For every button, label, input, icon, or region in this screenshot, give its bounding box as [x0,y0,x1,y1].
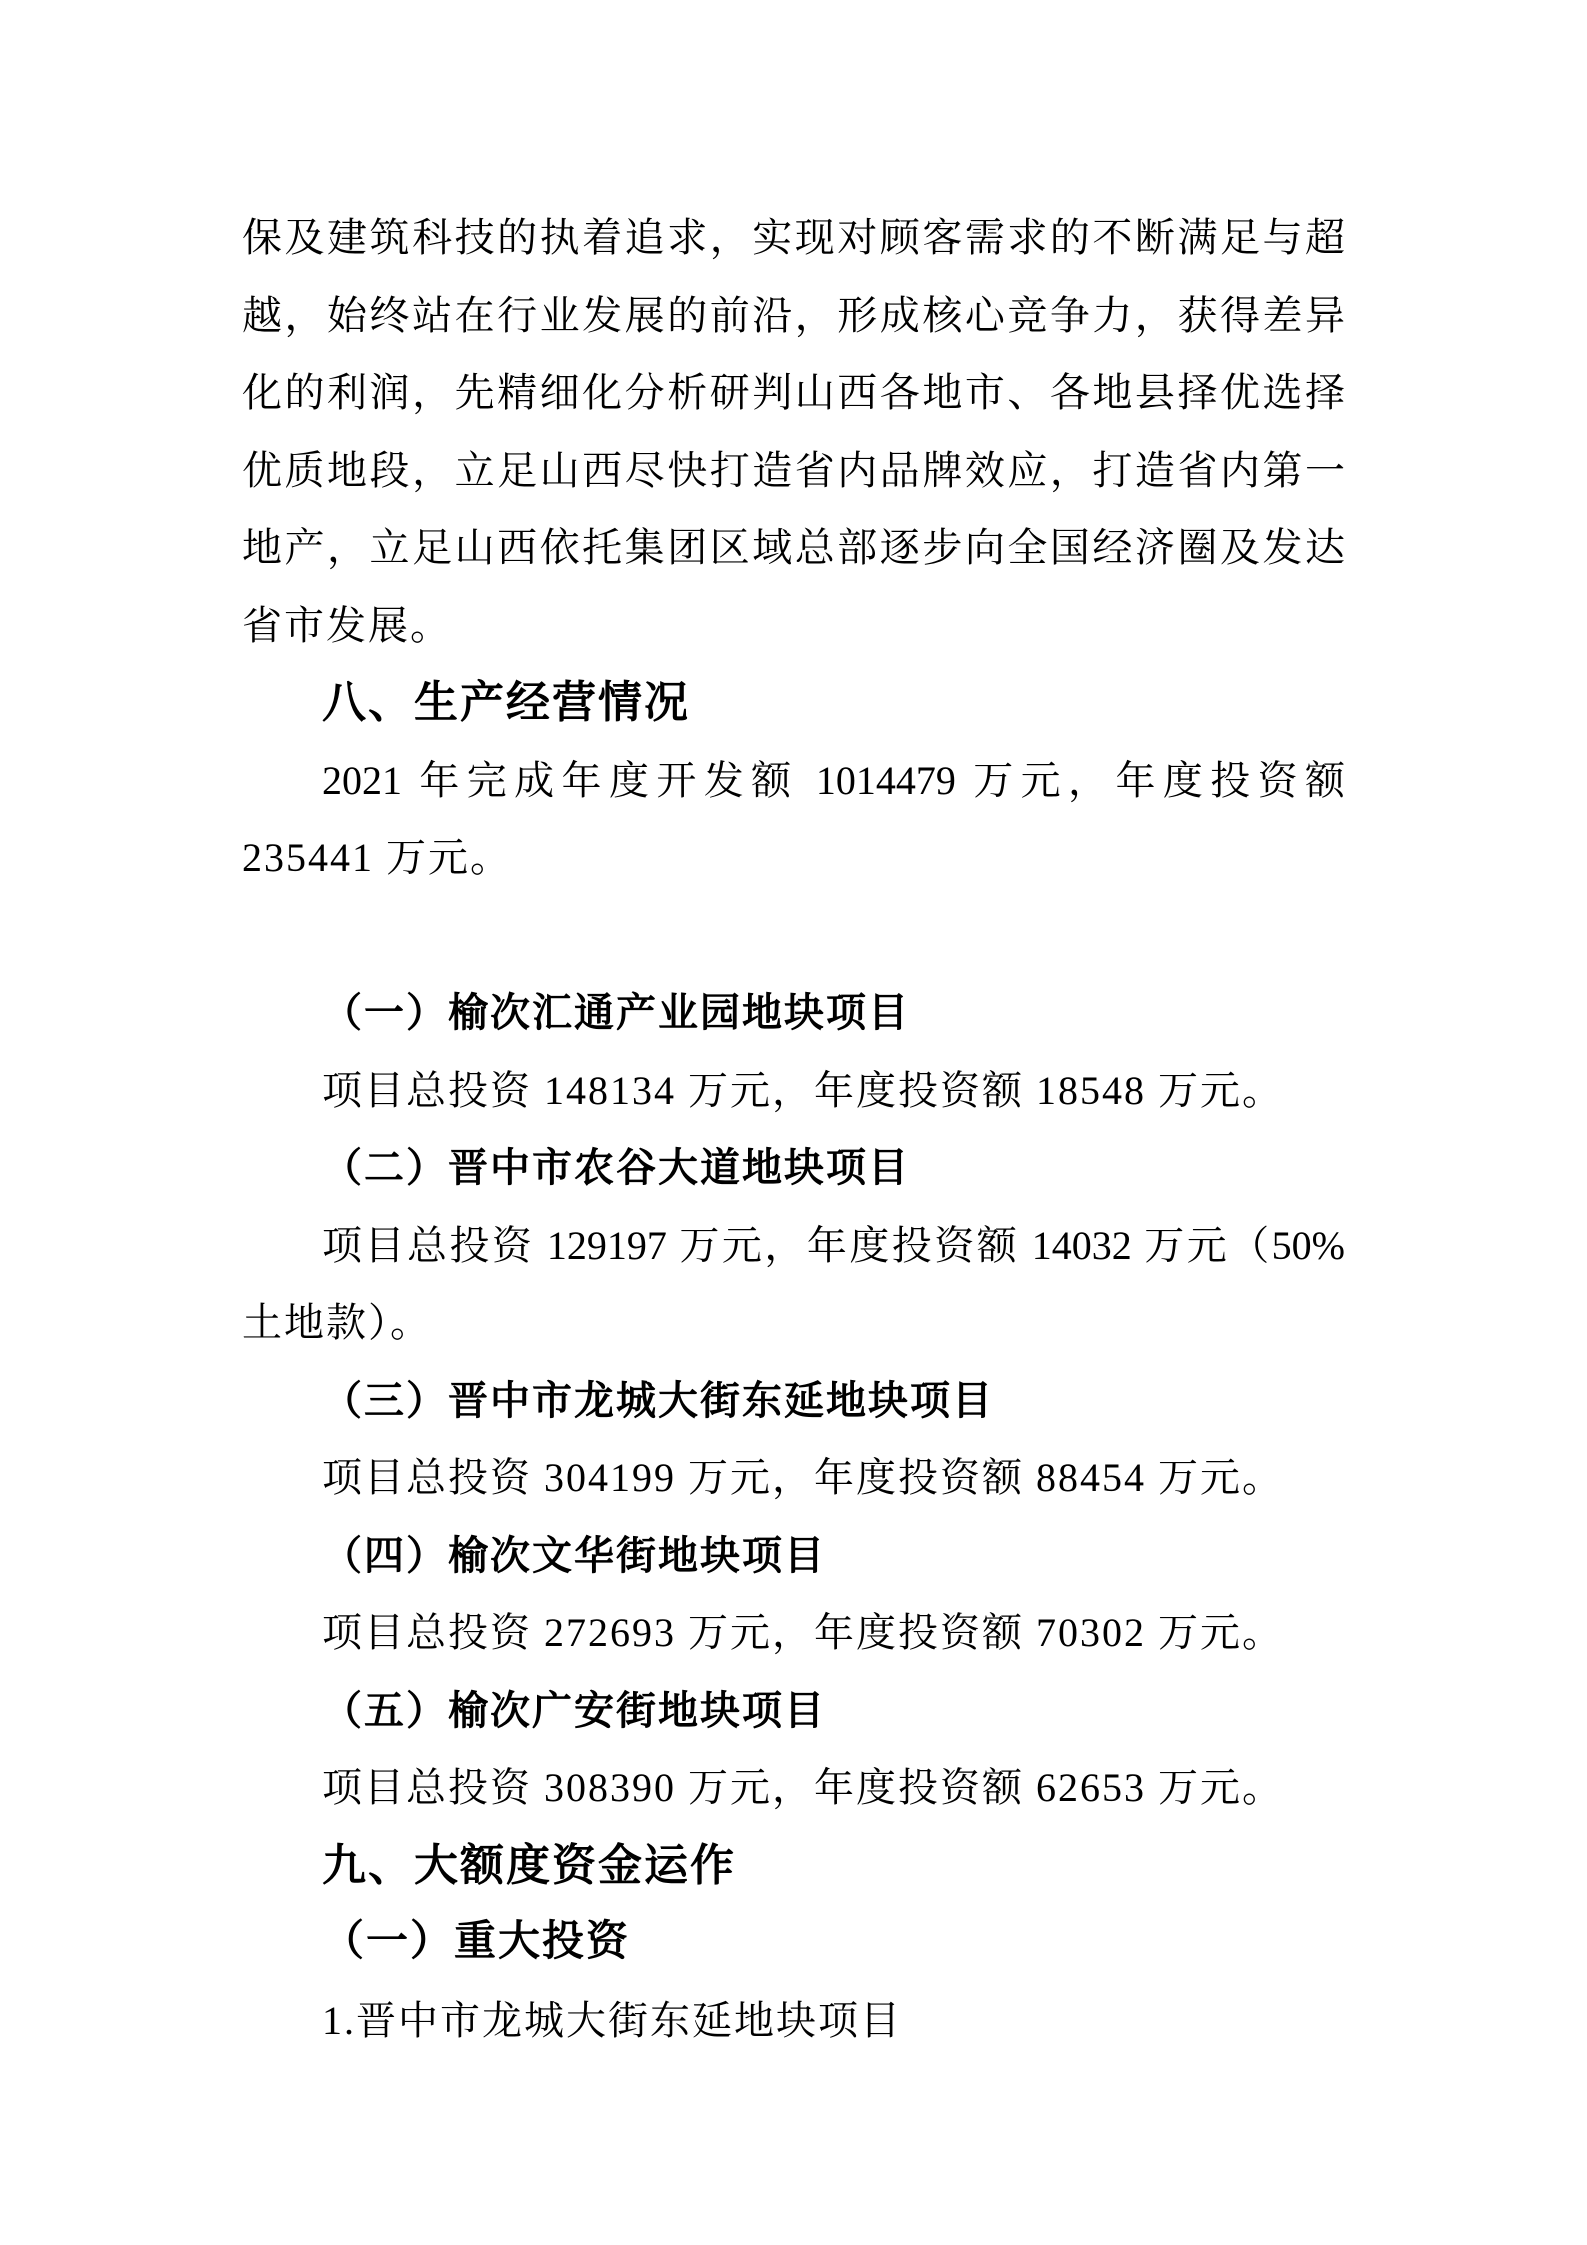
document-page: 保及建筑科技的执着追求，实现对顾客需求的不断满足与超 越，始终站在行业发展的前沿… [0,0,1587,2245]
numbered-item-line: 1.晋中市龙城大街东延地块项目 [242,1982,1345,2060]
body-text-line: 项目总投资 148134 万元，年度投资额 18548 万元。 [242,1052,1345,1130]
sub-heading-line: （一）重大投资 [242,1904,1345,1982]
body-text-line: 土地款）。 [242,1284,1345,1362]
body-text-line: 越，始终站在行业发展的前沿，形成核心竞争力，获得差异 [242,277,1345,355]
body-text-line: 项目总投资 304199 万元，年度投资额 88454 万元。 [242,1439,1345,1517]
body-text-line: 项目总投资 272693 万元，年度投资额 70302 万元。 [242,1594,1345,1672]
body-text-line: 项目总投资 129197 万元，年度投资额 14032 万元（50% [242,1207,1345,1285]
body-text-line: 省市发展。 [242,587,1345,665]
item-heading-line: （一）榆次汇通产业园地块项目 [242,974,1345,1052]
section-heading: 八、生产经营情况 [242,664,1345,742]
body-text-line: 保及建筑科技的执着追求，实现对顾客需求的不断满足与超 [242,199,1345,277]
item-heading-line: （五）榆次广安街地块项目 [242,1672,1345,1750]
body-text-line: 优质地段，立足山西尽快打造省内品牌效应，打造省内第一 [242,432,1345,510]
item-heading-line: （四）榆次文华街地块项目 [242,1517,1345,1595]
body-text-line: 项目总投资 308390 万元，年度投资额 62653 万元。 [242,1749,1345,1827]
body-text-line: 地产，立足山西依托集团区域总部逐步向全国经济圈及发达 [242,509,1345,587]
body-text-line: 2021 年完成年度开发额 1014479 万元，年度投资额 [242,742,1345,820]
body-text-line: 化的利润，先精细化分析研判山西各地市、各地县择优选择 [242,354,1345,432]
text-content: 保及建筑科技的执着追求，实现对顾客需求的不断满足与超 越，始终站在行业发展的前沿… [242,199,1345,2059]
item-heading-line: （三）晋中市龙城大街东延地块项目 [242,1362,1345,1440]
body-text-line: 235441 万元。 [242,819,1345,897]
section-heading: 九、大额度资金运作 [242,1827,1345,1905]
item-heading-line: （二）晋中市农谷大道地块项目 [242,1129,1345,1207]
blank-line [242,897,1345,975]
